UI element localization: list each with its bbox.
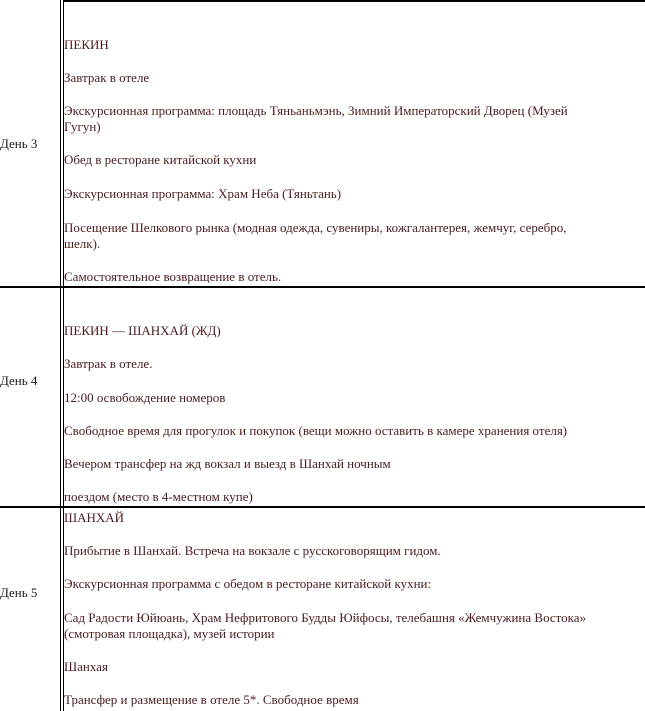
row-divider-day3-day4 — [0, 286, 645, 288]
activity-line: поездом (место в 4-местном купе) — [64, 489, 253, 505]
activity-line: Завтрак в отеле — [64, 70, 149, 86]
activity-line: Завтрак в отеле. — [64, 356, 152, 372]
activity-line: Гугун) — [64, 119, 101, 135]
activity-line: Свободное время для прогулок и покупок (… — [64, 423, 567, 439]
day-label: День 3 — [0, 137, 58, 151]
activity-line: Трансфер и размещение в отеле 5*. Свобод… — [64, 692, 359, 708]
row-divider-day4-day5 — [0, 506, 645, 508]
activity-line: Вечером трансфер на жд вокзал и выезд в … — [64, 456, 391, 472]
activity-line: Экскурсионная программа с обедом в ресто… — [64, 576, 431, 592]
activity-line: Экскурсионная программа: площадь Тяньань… — [64, 103, 568, 119]
activity-line: Сад Радости Юйюань, Храм Нефритового Буд… — [64, 610, 586, 626]
top-border — [63, 0, 645, 2]
day-title: ПЕКИН — ШАНХАЙ (ЖД) — [64, 323, 221, 339]
day-label: День 5 — [0, 586, 58, 600]
activity-line: Прибытие в Шанхай. Встреча на вокзале с … — [64, 543, 441, 559]
activity-line: Экскурсионная программа: Храм Неба (Тянь… — [64, 186, 341, 202]
day-label: День 4 — [0, 374, 58, 388]
activity-line: 12:00 освобождение номеров — [64, 390, 225, 406]
activity-line: Самостоятельное возвращение в отель. — [64, 269, 281, 285]
day-title: ШАНХАЙ — [64, 510, 124, 526]
activity-line: (смотровая площадка), музей истории — [64, 626, 275, 642]
activity-line: шелк). — [64, 236, 100, 252]
day-title: ПЕКИН — [64, 37, 109, 53]
activity-line: Посещение Шелкового рынка (модная одежда… — [64, 220, 567, 236]
column-divider-left — [60, 0, 61, 711]
activity-line: Обед в ресторане китайской кухни — [64, 152, 256, 168]
activity-line: Шанхая — [64, 659, 108, 675]
